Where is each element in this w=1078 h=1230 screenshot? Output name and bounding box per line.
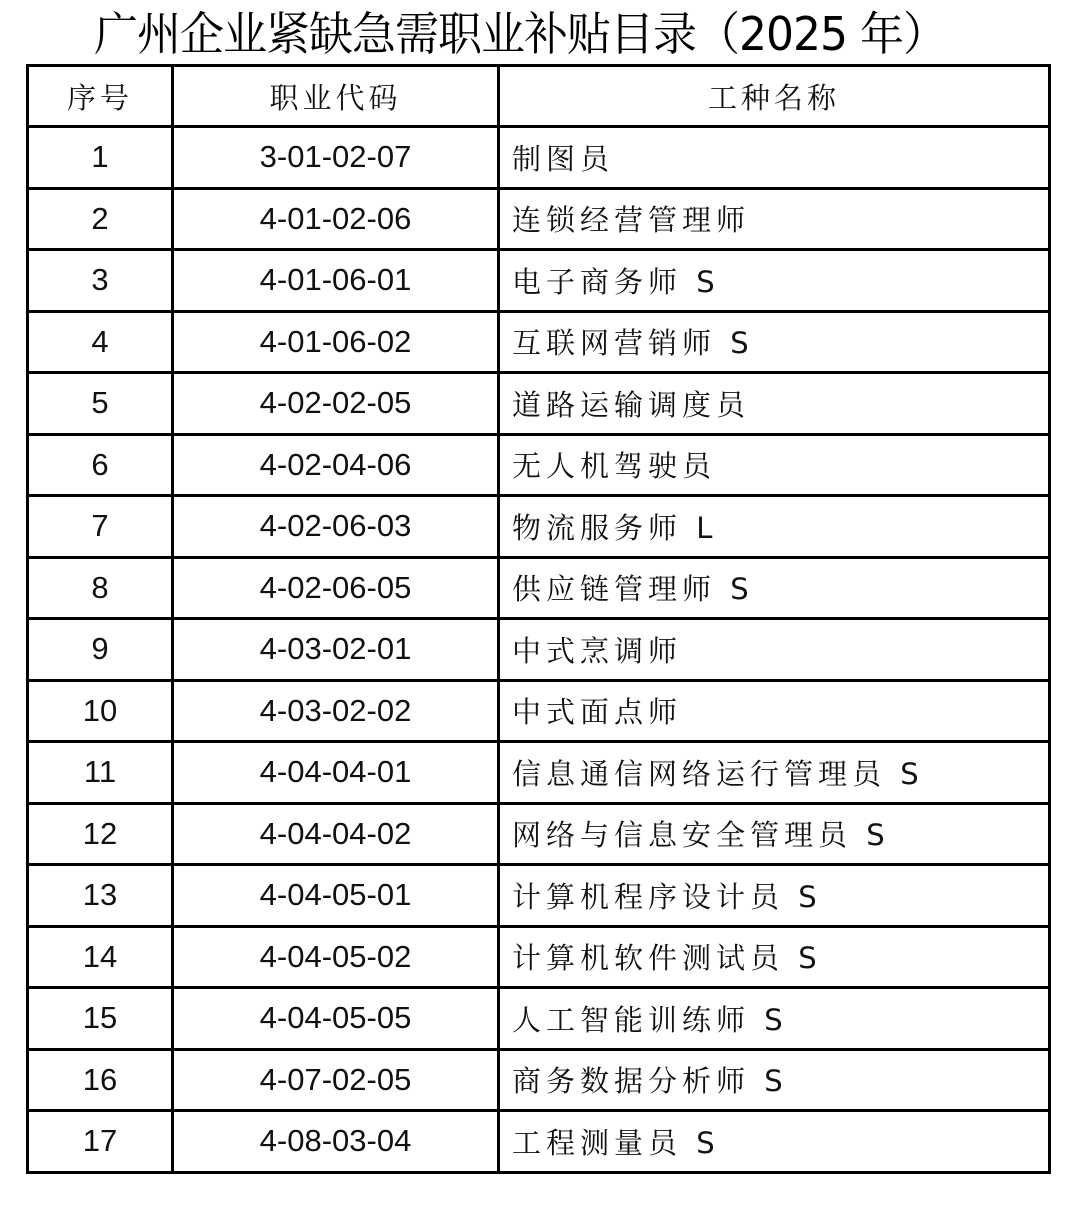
cell-code: 4-04-04-01 <box>173 742 499 804</box>
table-row: 64-02-04-06无人机驾驶员 <box>28 434 1050 496</box>
cell-seq: 4 <box>28 311 173 373</box>
cell-code: 3-01-02-07 <box>173 127 499 189</box>
cell-name: 计算机软件测试员 S <box>499 926 1050 988</box>
header-seq: 序号 <box>28 66 173 127</box>
cell-seq: 8 <box>28 557 173 619</box>
cell-code: 4-08-03-04 <box>173 1111 499 1173</box>
cell-code: 4-02-04-06 <box>173 434 499 496</box>
cell-name: 无人机驾驶员 <box>499 434 1050 496</box>
cell-code: 4-04-05-02 <box>173 926 499 988</box>
cell-seq: 9 <box>28 619 173 681</box>
cell-name: 信息通信网络运行管理员 S <box>499 742 1050 804</box>
cell-seq: 5 <box>28 373 173 435</box>
table-row: 104-03-02-02中式面点师 <box>28 680 1050 742</box>
cell-seq: 17 <box>28 1111 173 1173</box>
cell-name: 供应链管理师 S <box>499 557 1050 619</box>
table-row: 94-03-02-01中式烹调师 <box>28 619 1050 681</box>
cell-name: 人工智能训练师 S <box>499 988 1050 1050</box>
table-row: 134-04-05-01计算机程序设计员 S <box>28 865 1050 927</box>
cell-seq: 7 <box>28 496 173 558</box>
table-row: 13-01-02-07制图员 <box>28 127 1050 189</box>
cell-name: 中式面点师 <box>499 680 1050 742</box>
cell-seq: 6 <box>28 434 173 496</box>
table-header-row: 序号 职业代码 工种名称 <box>28 66 1050 127</box>
cell-code: 4-01-06-01 <box>173 250 499 312</box>
cell-name: 连锁经营管理师 <box>499 188 1050 250</box>
table-row: 164-07-02-05商务数据分析师 S <box>28 1049 1050 1111</box>
cell-code: 4-04-05-01 <box>173 865 499 927</box>
header-name: 工种名称 <box>499 66 1050 127</box>
cell-seq: 14 <box>28 926 173 988</box>
table-row: 174-08-03-04工程测量员 S <box>28 1111 1050 1173</box>
cell-seq: 1 <box>28 127 173 189</box>
document-title: 广州企业紧缺急需职业补贴目录（2025 年） <box>94 6 946 65</box>
table-row: 74-02-06-03物流服务师 L <box>28 496 1050 558</box>
cell-name: 商务数据分析师 S <box>499 1049 1050 1111</box>
cell-code: 4-04-05-05 <box>173 988 499 1050</box>
cell-seq: 10 <box>28 680 173 742</box>
cell-name: 道路运输调度员 <box>499 373 1050 435</box>
cell-code: 4-03-02-01 <box>173 619 499 681</box>
cell-code: 4-01-02-06 <box>173 188 499 250</box>
cell-code: 4-01-06-02 <box>173 311 499 373</box>
cell-seq: 2 <box>28 188 173 250</box>
cell-seq: 16 <box>28 1049 173 1111</box>
table-row: 154-04-05-05人工智能训练师 S <box>28 988 1050 1050</box>
occupation-table: 序号 职业代码 工种名称 13-01-02-07制图员 24-01-02-06连… <box>26 64 1051 1174</box>
cell-code: 4-02-06-03 <box>173 496 499 558</box>
cell-seq: 11 <box>28 742 173 804</box>
table-row: 84-02-06-05供应链管理师 S <box>28 557 1050 619</box>
cell-code: 4-03-02-02 <box>173 680 499 742</box>
cell-code: 4-07-02-05 <box>173 1049 499 1111</box>
cell-code: 4-02-06-05 <box>173 557 499 619</box>
cell-name: 网络与信息安全管理员 S <box>499 803 1050 865</box>
cell-seq: 13 <box>28 865 173 927</box>
table-row: 24-01-02-06连锁经营管理师 <box>28 188 1050 250</box>
table-row: 54-02-02-05道路运输调度员 <box>28 373 1050 435</box>
table-row: 44-01-06-02互联网营销师 S <box>28 311 1050 373</box>
table-row: 124-04-04-02网络与信息安全管理员 S <box>28 803 1050 865</box>
header-code: 职业代码 <box>173 66 499 127</box>
cell-name: 互联网营销师 S <box>499 311 1050 373</box>
cell-name: 中式烹调师 <box>499 619 1050 681</box>
cell-code: 4-02-02-05 <box>173 373 499 435</box>
table-row: 114-04-04-01信息通信网络运行管理员 S <box>28 742 1050 804</box>
cell-name: 计算机程序设计员 S <box>499 865 1050 927</box>
table-row: 34-01-06-01电子商务师 S <box>28 250 1050 312</box>
table-row: 144-04-05-02计算机软件测试员 S <box>28 926 1050 988</box>
cell-name: 物流服务师 L <box>499 496 1050 558</box>
cell-seq: 12 <box>28 803 173 865</box>
cell-name: 制图员 <box>499 127 1050 189</box>
cell-seq: 3 <box>28 250 173 312</box>
cell-name: 工程测量员 S <box>499 1111 1050 1173</box>
cell-code: 4-04-04-02 <box>173 803 499 865</box>
cell-name: 电子商务师 S <box>499 250 1050 312</box>
cell-seq: 15 <box>28 988 173 1050</box>
